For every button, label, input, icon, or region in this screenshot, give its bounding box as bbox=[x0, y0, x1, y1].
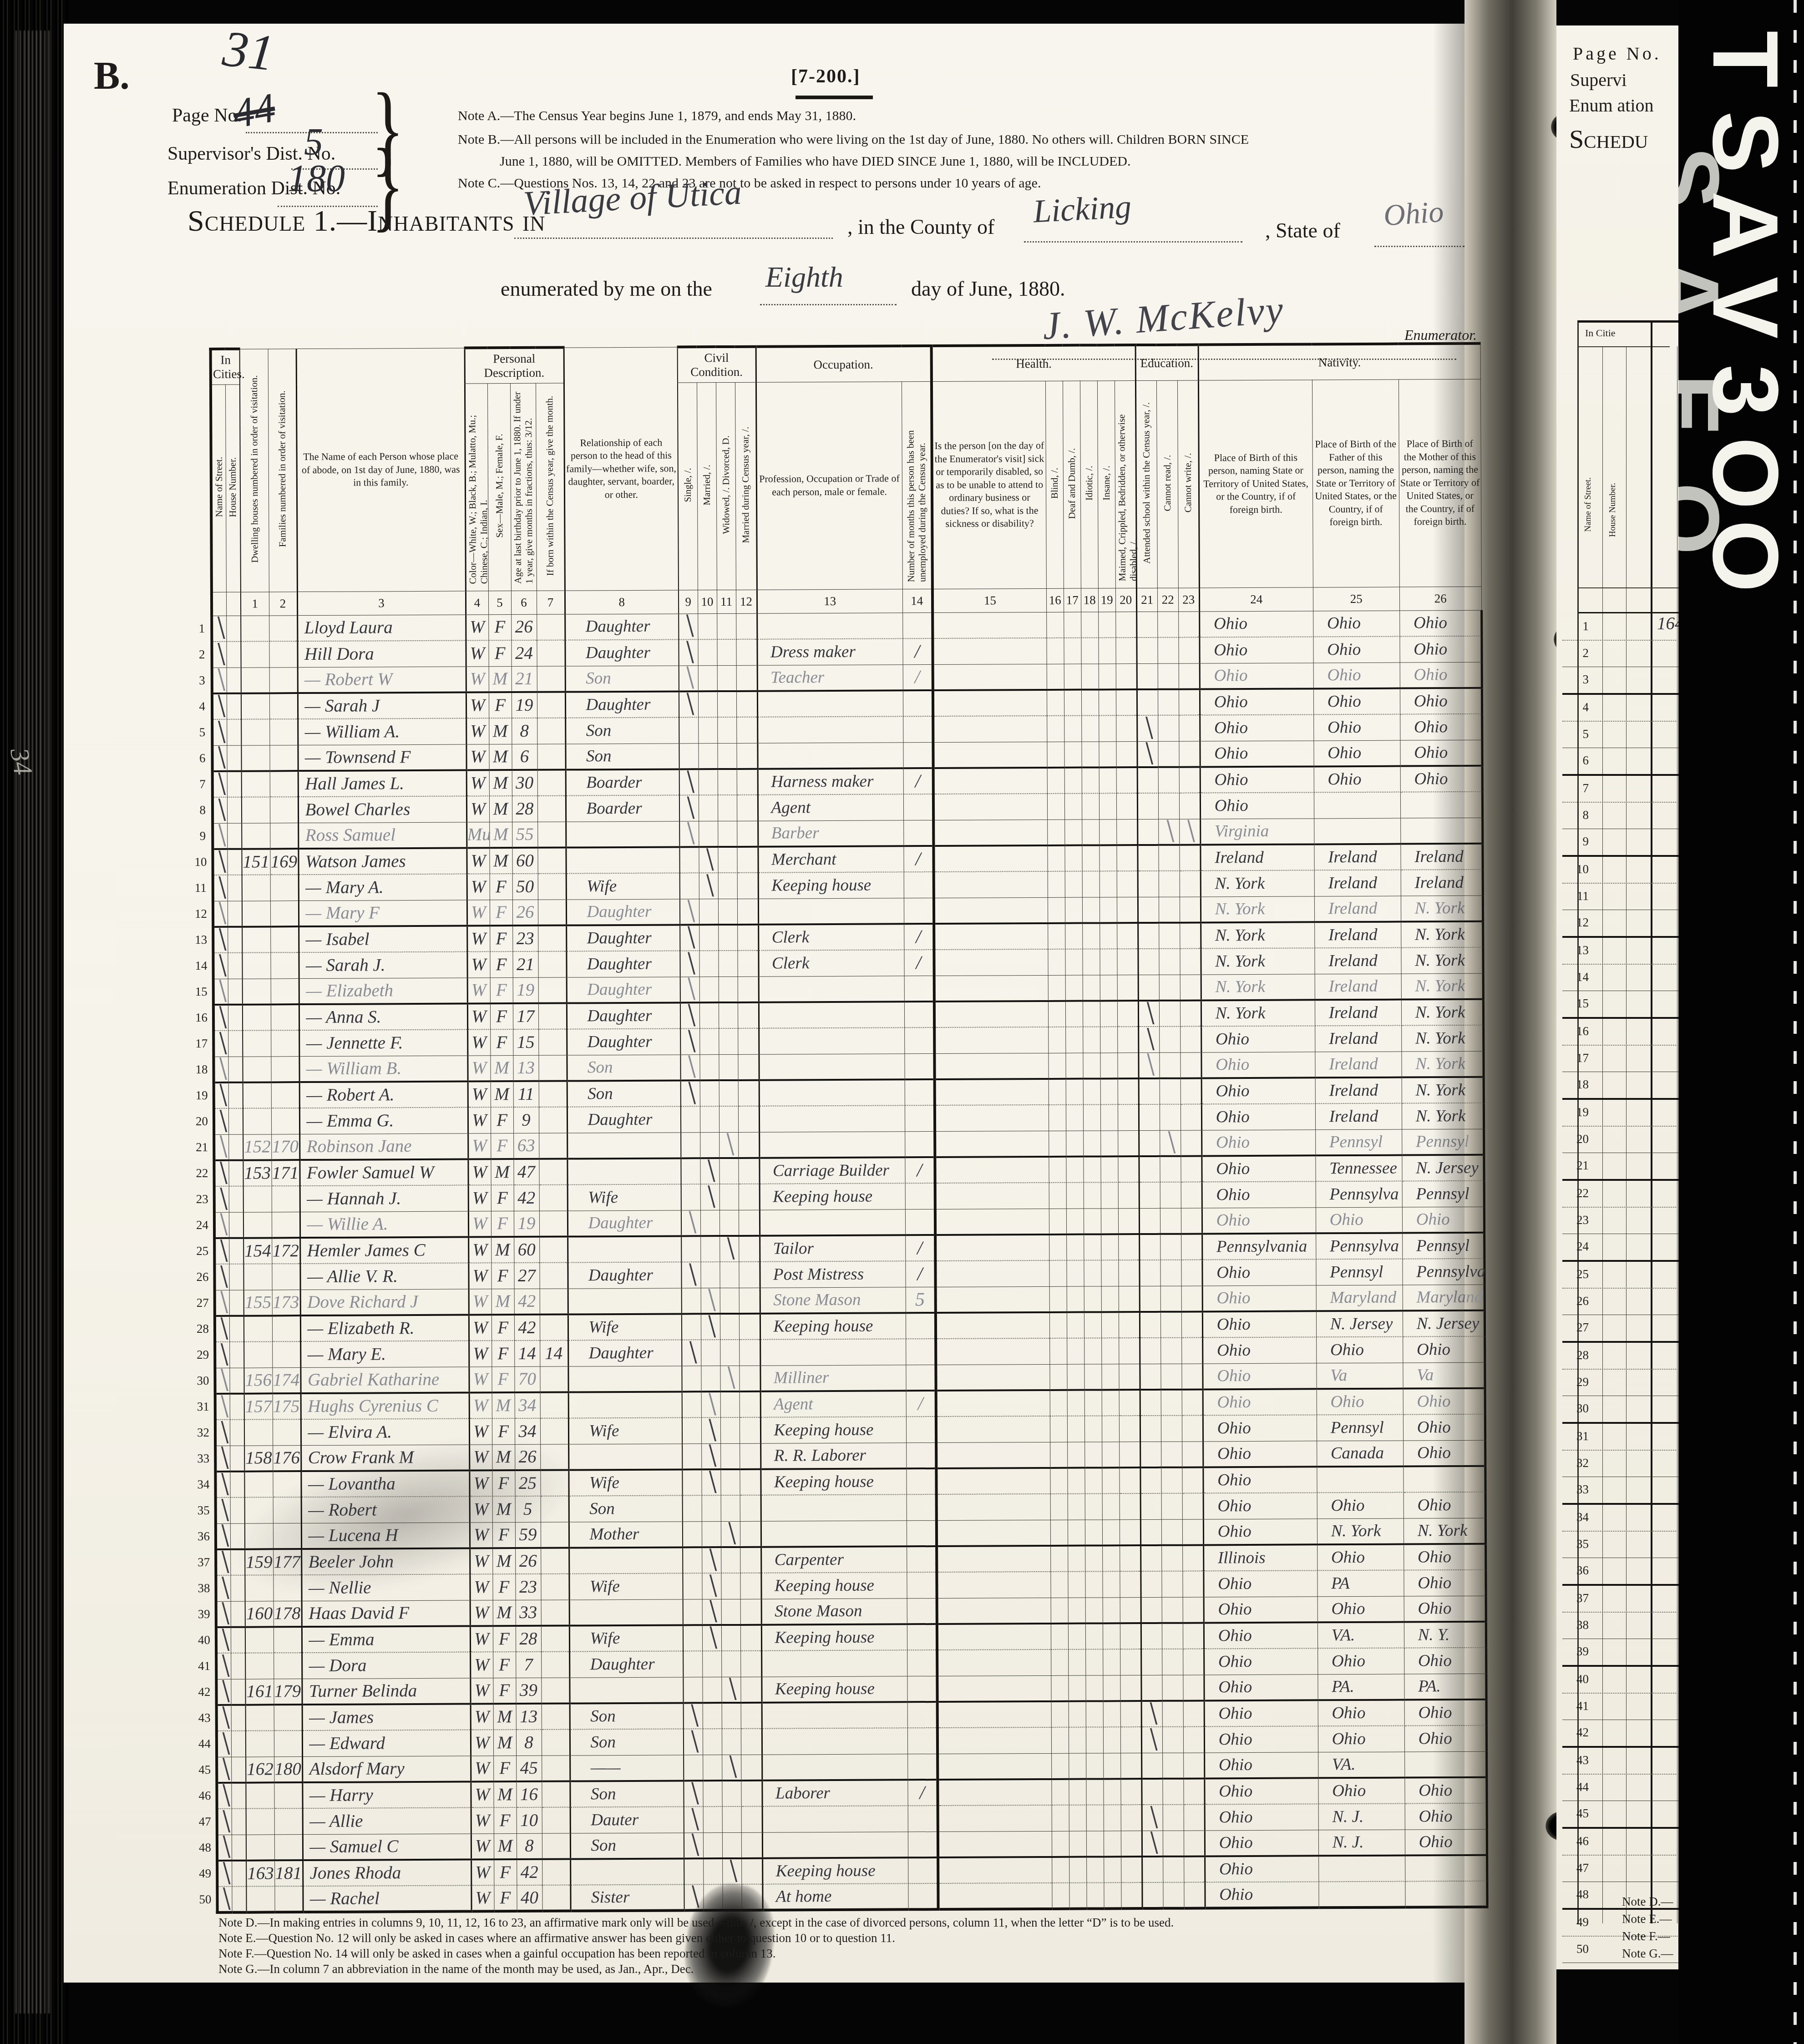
relationship: Daughter bbox=[566, 951, 680, 977]
blind-mark bbox=[1051, 1727, 1069, 1753]
married-year-mark bbox=[739, 1262, 760, 1288]
maimed-mark bbox=[1118, 1130, 1139, 1156]
sex: F bbox=[490, 900, 512, 926]
person-name: — Robert bbox=[301, 1496, 470, 1523]
cannot-write-mark bbox=[1183, 1752, 1204, 1778]
row-number: 24 bbox=[196, 1212, 214, 1238]
rp-row-number: 4 bbox=[1562, 700, 1589, 714]
father-birthplace: Ohio bbox=[1318, 1778, 1404, 1804]
state-label: , State of bbox=[1265, 218, 1340, 243]
months-unemployed bbox=[908, 1806, 938, 1832]
house-number bbox=[230, 1446, 244, 1472]
sex: F bbox=[490, 951, 512, 977]
single-mark: ╲ bbox=[682, 1340, 701, 1366]
house-number bbox=[227, 797, 242, 823]
rp-row: 47 bbox=[1562, 1856, 1678, 1882]
street-mark: ╲ bbox=[213, 1057, 228, 1083]
relationship: Daughter bbox=[566, 925, 680, 951]
color: W bbox=[469, 1444, 492, 1470]
relationship: Wife bbox=[568, 1417, 682, 1444]
row-number: 8 bbox=[194, 797, 213, 823]
relationship bbox=[568, 1443, 682, 1470]
sex: F bbox=[491, 1107, 513, 1133]
age: 28 bbox=[516, 1626, 541, 1652]
birthplace: Ohio bbox=[1204, 1700, 1318, 1726]
rp-row-number: 18 bbox=[1562, 1078, 1589, 1092]
widowed-mark bbox=[717, 613, 736, 639]
months-unemployed bbox=[907, 1494, 937, 1520]
color: W bbox=[469, 1366, 492, 1392]
cannot-read-mark bbox=[1160, 1208, 1181, 1234]
sickness bbox=[936, 1364, 1049, 1391]
cannot-write-mark bbox=[1182, 1493, 1203, 1519]
married-mark bbox=[700, 1262, 720, 1288]
dwelling-number bbox=[244, 1341, 272, 1367]
insane-mark bbox=[1101, 1234, 1118, 1260]
widowed-mark bbox=[720, 1469, 740, 1495]
street-mark: ╲ bbox=[216, 1549, 230, 1575]
maimed-mark bbox=[1119, 1416, 1140, 1442]
rp-row-number: 30 bbox=[1562, 1401, 1589, 1416]
color: W bbox=[468, 1133, 491, 1159]
page-stack-texture bbox=[15, 30, 51, 2013]
relationship: Daughter bbox=[567, 976, 680, 1003]
row-number-header bbox=[193, 349, 212, 616]
sex: F bbox=[493, 1626, 516, 1652]
street-mark: ╲ bbox=[213, 823, 227, 849]
cannot-read-mark bbox=[1160, 1312, 1181, 1338]
school-mark bbox=[1138, 923, 1159, 949]
blind-mark bbox=[1048, 975, 1065, 1001]
widowed-mark bbox=[720, 1210, 739, 1236]
occupation bbox=[759, 1131, 905, 1158]
deaf-mark bbox=[1064, 794, 1082, 820]
color: W bbox=[471, 1859, 494, 1885]
school-mark bbox=[1138, 871, 1159, 897]
dwelling-number bbox=[241, 745, 269, 771]
rp-group-in-cities: In Citie bbox=[1585, 327, 1616, 339]
idiotic-mark bbox=[1082, 793, 1099, 819]
maimed-mark bbox=[1119, 1390, 1140, 1416]
house-number bbox=[228, 1108, 243, 1134]
rp-row: 18 bbox=[1562, 1072, 1678, 1100]
occupation: Post Mistress bbox=[760, 1261, 905, 1287]
color: W bbox=[471, 1885, 494, 1911]
street-mark: ╲ bbox=[214, 1186, 229, 1212]
married-mark bbox=[699, 951, 718, 976]
married-year-mark bbox=[739, 1366, 760, 1391]
birth-month bbox=[537, 848, 566, 874]
birthplace: Ohio bbox=[1200, 792, 1314, 819]
insane-mark bbox=[1099, 819, 1116, 845]
dwelling-number bbox=[242, 901, 270, 926]
father-birthplace: Ireland bbox=[1315, 1026, 1401, 1052]
birth-month bbox=[538, 1055, 567, 1081]
birth-month bbox=[539, 1211, 568, 1237]
family-number: 174 bbox=[272, 1367, 300, 1393]
age: 55 bbox=[512, 822, 537, 848]
insane-mark bbox=[1099, 793, 1116, 819]
family-number bbox=[274, 1730, 302, 1756]
married-year-mark bbox=[741, 1832, 762, 1858]
idiotic-mark bbox=[1082, 871, 1100, 897]
married-mark: ╲ bbox=[701, 1314, 720, 1340]
maimed-mark bbox=[1120, 1519, 1140, 1545]
person-name: — Willie A. bbox=[300, 1211, 468, 1238]
film-letter-faint: O bbox=[1678, 476, 1727, 562]
cannot-read-mark: ╲ bbox=[1160, 1130, 1181, 1156]
cannot-read-mark bbox=[1163, 1882, 1184, 1908]
father-birthplace: Canada bbox=[1317, 1441, 1403, 1467]
married-mark: ╲ bbox=[701, 1469, 720, 1495]
occupation: Keeping house bbox=[761, 1572, 907, 1599]
deaf-mark bbox=[1068, 1494, 1085, 1520]
deaf-mark bbox=[1066, 1157, 1083, 1183]
maimed-mark bbox=[1116, 715, 1137, 741]
relationship: Dauter bbox=[570, 1806, 684, 1833]
married-year-mark bbox=[738, 1002, 759, 1028]
birthplace: Ohio bbox=[1202, 1285, 1316, 1311]
deaf-mark bbox=[1065, 1027, 1083, 1053]
person-name: Beeler John bbox=[301, 1548, 470, 1575]
rp-row: 31 bbox=[1562, 1424, 1678, 1451]
father-birthplace: Ireland bbox=[1315, 1103, 1402, 1130]
sex: F bbox=[490, 874, 512, 900]
father-birthplace: Ohio bbox=[1316, 1207, 1402, 1234]
person-name: Ross Samuel bbox=[298, 822, 466, 849]
color: W bbox=[470, 1522, 492, 1548]
widowed-mark bbox=[722, 1729, 741, 1755]
months-unemployed bbox=[905, 1183, 935, 1209]
birth-month bbox=[537, 770, 566, 796]
cannot-write-mark bbox=[1184, 1830, 1205, 1856]
insane-mark bbox=[1104, 1831, 1121, 1857]
family-number bbox=[274, 1627, 302, 1653]
film-letter-faint: E bbox=[1678, 362, 1727, 448]
row-number: 43 bbox=[198, 1705, 217, 1731]
sickness bbox=[935, 1079, 1049, 1105]
rp-row: 32 bbox=[1562, 1451, 1678, 1477]
married-mark bbox=[703, 1755, 722, 1781]
census-table-body: 1╲Lloyd LauraWF26Daughter╲OhioOhioOhio2╲… bbox=[193, 610, 1487, 1912]
birthplace: Ohio bbox=[1201, 1078, 1315, 1104]
row-number: 11 bbox=[195, 875, 213, 901]
blind-mark bbox=[1049, 1234, 1066, 1260]
enumeration-dist-value: 180 bbox=[288, 157, 345, 201]
father-birthplace bbox=[1318, 1882, 1405, 1908]
dwelling-number: 161 bbox=[245, 1679, 274, 1705]
cannot-read-mark bbox=[1160, 1234, 1181, 1260]
married-mark: ╲ bbox=[702, 1547, 721, 1573]
rp-row: 21 bbox=[1562, 1153, 1678, 1181]
person-name: — Allie V. R. bbox=[300, 1263, 468, 1290]
rp-row-number: 7 bbox=[1562, 781, 1589, 795]
months-unemployed bbox=[907, 1520, 937, 1546]
sickness bbox=[935, 1183, 1049, 1209]
person-name: Lloyd Laura bbox=[297, 615, 466, 642]
married-year-mark bbox=[736, 717, 757, 743]
dwelling-number bbox=[245, 1653, 274, 1679]
color: W bbox=[471, 1833, 494, 1859]
maimed-mark bbox=[1119, 1467, 1140, 1493]
place-rule bbox=[514, 238, 833, 239]
person-name: — Emma G. bbox=[299, 1107, 468, 1134]
sickness bbox=[934, 871, 1048, 898]
idiotic-mark bbox=[1084, 1416, 1102, 1442]
maimed-mark bbox=[1121, 1831, 1142, 1857]
relationship: Daughter bbox=[565, 639, 679, 666]
insane-mark bbox=[1100, 897, 1117, 923]
family-number: 175 bbox=[273, 1393, 301, 1419]
age: 30 bbox=[512, 770, 537, 796]
blind-mark bbox=[1046, 638, 1064, 664]
col-house-header: House Number. bbox=[225, 385, 241, 592]
school-mark bbox=[1140, 1312, 1160, 1338]
age: 60 bbox=[512, 848, 537, 874]
maimed-mark bbox=[1121, 1805, 1142, 1831]
maimed-mark bbox=[1119, 1364, 1140, 1390]
sickness bbox=[936, 1312, 1049, 1339]
maimed-mark bbox=[1117, 975, 1138, 1001]
sex: F bbox=[492, 1341, 514, 1366]
father-birthplace: Ohio bbox=[1313, 714, 1400, 741]
age: 13 bbox=[516, 1704, 542, 1730]
rp-row: 35 bbox=[1562, 1532, 1678, 1558]
rp-row: 20 bbox=[1562, 1127, 1678, 1153]
cannot-write-mark bbox=[1184, 1856, 1205, 1882]
birthplace: Ohio bbox=[1200, 766, 1314, 793]
blind-mark bbox=[1051, 1649, 1068, 1675]
person-name: Jones Rhoda bbox=[303, 1859, 471, 1886]
person-name: — Mary A. bbox=[299, 874, 467, 901]
father-birthplace: Pennsylva bbox=[1316, 1233, 1402, 1260]
sickness bbox=[933, 820, 1047, 846]
color: W bbox=[471, 1730, 493, 1756]
county-value: Licking bbox=[1032, 187, 1132, 230]
blind-mark bbox=[1049, 1209, 1066, 1234]
col-deaf-header: Deaf and Dumb, /. bbox=[1063, 381, 1081, 588]
rp-note-e: Note E.— bbox=[1622, 1912, 1672, 1926]
row-number: 6 bbox=[194, 745, 212, 771]
street-mark: ╲ bbox=[215, 1446, 230, 1472]
rp-row: 3 bbox=[1562, 667, 1678, 695]
occupation bbox=[761, 1650, 907, 1676]
months-unemployed bbox=[903, 716, 933, 742]
school-mark bbox=[1139, 1208, 1160, 1234]
color: W bbox=[470, 1626, 493, 1652]
married-year-mark bbox=[738, 1054, 759, 1080]
age: 47 bbox=[513, 1159, 539, 1185]
single-mark bbox=[679, 717, 698, 743]
deaf-mark bbox=[1068, 1546, 1085, 1572]
married-year-mark bbox=[740, 1547, 761, 1573]
street-mark: ╲ bbox=[216, 1627, 231, 1653]
married-year-mark bbox=[736, 665, 757, 691]
rp-row-number: 26 bbox=[1562, 1294, 1589, 1308]
street-mark: ╲ bbox=[214, 1160, 228, 1186]
row-number: 25 bbox=[196, 1238, 214, 1264]
family-number bbox=[270, 823, 298, 849]
house-number bbox=[231, 1731, 246, 1757]
relationship: Boarder bbox=[566, 769, 679, 795]
widowed-mark bbox=[717, 639, 736, 665]
cannot-write-mark bbox=[1181, 1208, 1202, 1234]
married-mark bbox=[699, 1002, 719, 1028]
married-year-mark bbox=[741, 1703, 762, 1729]
family-number bbox=[273, 1419, 301, 1445]
father-birthplace: Ohio bbox=[1317, 1544, 1404, 1571]
family-number: 180 bbox=[274, 1756, 302, 1782]
rp-row: 11 bbox=[1562, 884, 1678, 910]
person-name: — Elizabeth bbox=[299, 978, 467, 1005]
birth-month bbox=[537, 666, 565, 692]
col-occupation-header: Profession, Occupation or Trade of each … bbox=[756, 381, 902, 589]
col-number: 2 bbox=[269, 592, 297, 615]
street-mark: ╲ bbox=[215, 1290, 229, 1316]
dwelling-number bbox=[241, 719, 269, 745]
person-name: Gabriel Katharine bbox=[300, 1366, 469, 1393]
color: W bbox=[466, 796, 489, 822]
single-mark: ╲ bbox=[679, 639, 698, 665]
insane-mark bbox=[1103, 1753, 1120, 1779]
school-mark bbox=[1139, 1156, 1160, 1182]
age: 23 bbox=[515, 1574, 541, 1600]
person-name: — Dora bbox=[302, 1652, 470, 1679]
relationship: Daughter bbox=[569, 1651, 683, 1677]
single-mark bbox=[681, 1184, 700, 1210]
school-mark bbox=[1140, 1571, 1161, 1597]
birthplace: Ohio bbox=[1203, 1441, 1317, 1467]
sex: M bbox=[491, 1159, 513, 1185]
maimed-mark bbox=[1117, 871, 1138, 897]
age: 42 bbox=[514, 1289, 540, 1315]
color: W bbox=[467, 900, 490, 926]
street-mark: ╲ bbox=[215, 1420, 230, 1446]
father-birthplace: Ohio bbox=[1318, 1596, 1404, 1623]
married-year-mark bbox=[738, 1158, 759, 1184]
single-mark bbox=[684, 1858, 703, 1884]
cannot-read-mark bbox=[1160, 1338, 1181, 1364]
deaf-mark bbox=[1068, 1675, 1085, 1701]
maimed-mark bbox=[1120, 1753, 1141, 1779]
blind-mark bbox=[1050, 1468, 1067, 1494]
idiotic-mark bbox=[1085, 1649, 1103, 1675]
rp-row: 6 bbox=[1562, 748, 1678, 776]
relationship: Daughter bbox=[565, 613, 679, 640]
color: W bbox=[467, 951, 490, 977]
widowed-mark bbox=[720, 1314, 739, 1340]
person-name: — Anna S. bbox=[299, 1004, 467, 1031]
sickness bbox=[932, 638, 1046, 664]
birth-month bbox=[542, 1756, 570, 1781]
sex: F bbox=[493, 1652, 516, 1678]
rp-row-number: 40 bbox=[1562, 1672, 1589, 1686]
idiotic-mark bbox=[1086, 1727, 1103, 1753]
widowed-mark bbox=[718, 899, 737, 925]
birthplace: Pennsylvania bbox=[1202, 1233, 1316, 1260]
months-unemployed bbox=[908, 1857, 938, 1883]
row-number: 37 bbox=[198, 1549, 216, 1575]
house-number bbox=[228, 979, 243, 1005]
maimed-mark bbox=[1117, 1052, 1138, 1078]
birthplace: Ohio bbox=[1204, 1622, 1318, 1649]
months-unemployed bbox=[904, 872, 934, 898]
row-number: 20 bbox=[196, 1108, 214, 1134]
house-number bbox=[228, 1005, 243, 1031]
col-number: 22 bbox=[1157, 588, 1178, 612]
occupation: Carpenter bbox=[761, 1546, 907, 1573]
birth-month bbox=[541, 1548, 569, 1574]
rp-note-f: Note F.— bbox=[1622, 1929, 1670, 1943]
house-number bbox=[230, 1549, 245, 1575]
single-mark bbox=[684, 1755, 703, 1781]
school-mark bbox=[1140, 1390, 1161, 1416]
rp-row-number: 20 bbox=[1562, 1132, 1589, 1146]
person-name: — Edward bbox=[302, 1730, 471, 1756]
birth-month bbox=[542, 1807, 570, 1833]
insane-mark bbox=[1103, 1597, 1120, 1623]
rp-row: 42 bbox=[1562, 1720, 1678, 1748]
deaf-mark bbox=[1065, 949, 1082, 975]
father-birthplace: Ohio bbox=[1318, 1700, 1404, 1726]
cannot-write-mark bbox=[1181, 1104, 1201, 1130]
single-mark: ╲ bbox=[684, 1729, 703, 1755]
sex: M bbox=[492, 1392, 515, 1418]
dwelling-number bbox=[243, 1186, 272, 1212]
col-number: 15 bbox=[932, 588, 1046, 612]
idiotic-mark bbox=[1084, 1338, 1101, 1364]
father-birthplace: Ohio bbox=[1314, 766, 1400, 793]
family-number bbox=[274, 1705, 302, 1730]
idiotic-mark bbox=[1082, 923, 1100, 949]
cannot-read-mark bbox=[1161, 1571, 1182, 1597]
birthplace: Ohio bbox=[1202, 1311, 1316, 1337]
birth-month bbox=[540, 1366, 568, 1392]
group-health: Health. bbox=[932, 345, 1135, 381]
blind-mark bbox=[1047, 716, 1064, 742]
maimed-mark bbox=[1120, 1493, 1140, 1519]
deaf-mark bbox=[1067, 1442, 1084, 1468]
married-mark: ╲ bbox=[701, 1417, 720, 1443]
rp-row: 16 bbox=[1562, 1019, 1678, 1046]
single-mark bbox=[681, 1236, 700, 1262]
school-mark bbox=[1137, 663, 1158, 689]
birthplace: Ohio bbox=[1204, 1752, 1318, 1778]
sex: F bbox=[493, 1756, 516, 1781]
occupation: Keeping house bbox=[760, 1183, 905, 1209]
age: 26 bbox=[511, 614, 537, 640]
single-mark bbox=[681, 1106, 700, 1132]
rp-page-no-label: Page No. bbox=[1573, 43, 1662, 64]
sex: F bbox=[490, 926, 512, 951]
occupation bbox=[762, 1728, 907, 1754]
street-mark: ╲ bbox=[212, 693, 227, 719]
row-number: 31 bbox=[197, 1394, 215, 1420]
school-mark: ╲ bbox=[1142, 1805, 1163, 1831]
col-number: 18 bbox=[1081, 588, 1098, 612]
street-mark: ╲ bbox=[217, 1731, 231, 1757]
blind-mark bbox=[1048, 1001, 1065, 1027]
cannot-write-mark bbox=[1183, 1675, 1204, 1700]
street-mark: ╲ bbox=[213, 927, 228, 953]
idiotic-mark bbox=[1086, 1805, 1104, 1831]
idiotic-mark bbox=[1084, 1442, 1102, 1467]
street-mark: ╲ bbox=[216, 1498, 230, 1523]
idiotic-mark bbox=[1082, 845, 1099, 871]
age: 39 bbox=[516, 1678, 541, 1704]
col-number-blank bbox=[212, 592, 226, 616]
age: 60 bbox=[514, 1237, 539, 1263]
